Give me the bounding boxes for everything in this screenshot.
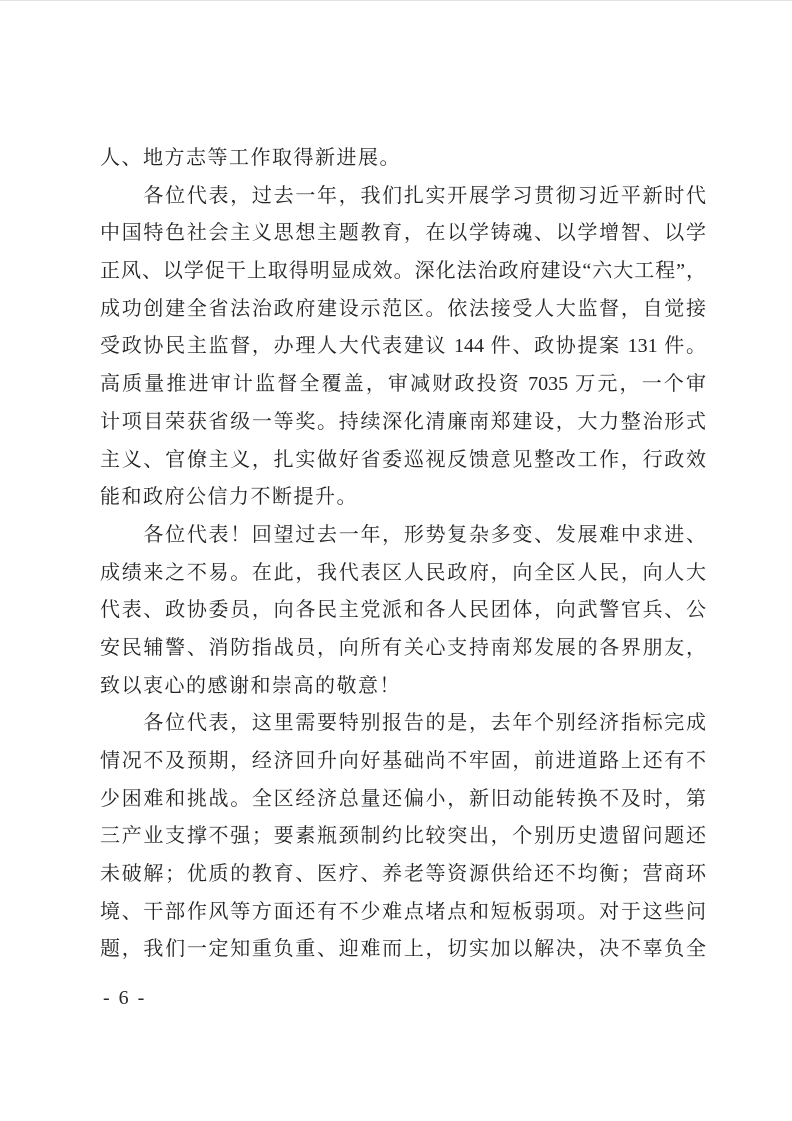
text-line: 各位代表，这里需要特别报告的是，去年个别经济指标完成 [100, 705, 706, 743]
text-line: 正风、以学促干上取得明显成效。深化法治政府建设“六大工程”， [100, 253, 706, 291]
text-line: 成绩来之不易。在此，我代表区人民政府，向全区人民，向人大 [100, 555, 706, 593]
text-line: 主义、官僚主义，扎实做好省委巡视反馈意见整改工作，行政效 [100, 442, 706, 480]
text-line: 题，我们一定知重负重、迎难而上，切实加以解决，决不辜负全 [100, 931, 706, 969]
text-line: 代表、政协委员，向各民主党派和各人民团体，向武警官兵、公 [100, 592, 706, 630]
text-line: 各位代表，过去一年，我们扎实开展学习贯彻习近平新时代 [100, 178, 706, 216]
text-line: 情况不及预期，经济回升向好基础尚不牢固，前进道路上还有不 [100, 743, 706, 781]
text-line: 受政协民主监督，办理人大代表建议 144 件、政协提案 131 件。 [100, 328, 706, 366]
text-line: 人、地方志等工作取得新进展。 [100, 140, 706, 178]
text-line: 境、干部作风等方面还有不少难点堵点和短板弱项。对于这些问 [100, 894, 706, 932]
text-line: 未破解；优质的教育、医疗、养老等资源供给还不均衡；营商环 [100, 856, 706, 894]
text-line: 计项目荣获省级一等奖。持续深化清廉南郑建设，大力整治形式 [100, 404, 706, 442]
text-line: 三产业支撑不强；要素瓶颈制约比较突出，个别历史遗留问题还 [100, 818, 706, 856]
text-line: 少困难和挑战。全区经济总量还偏小，新旧动能转换不及时，第 [100, 781, 706, 819]
text-line: 安民辅警、消防指战员，向所有关心支持南郑发展的各界朋友， [100, 630, 706, 668]
text-line: 高质量推进审计监督全覆盖，审减财政投资 7035 万元，一个审 [100, 366, 706, 404]
text-line: 能和政府公信力不断提升。 [100, 479, 706, 517]
text-line: 中国特色社会主义思想主题教育，在以学铸魂、以学增智、以学 [100, 215, 706, 253]
document-page: 人、地方志等工作取得新进展。 各位代表，过去一年，我们扎实开展学习贯彻习近平新时… [0, 0, 792, 1121]
text-line: 成功创建全省法治政府建设示范区。依法接受人大监督，自觉接 [100, 291, 706, 329]
text-line: 各位代表！回望过去一年，形势复杂多变、发展难中求进、 [100, 517, 706, 555]
page-number: - 6 - [103, 985, 146, 1011]
report-body: 人、地方志等工作取得新进展。 各位代表，过去一年，我们扎实开展学习贯彻习近平新时… [100, 140, 706, 969]
text-line: 致以衷心的感谢和崇高的敬意！ [100, 668, 706, 706]
